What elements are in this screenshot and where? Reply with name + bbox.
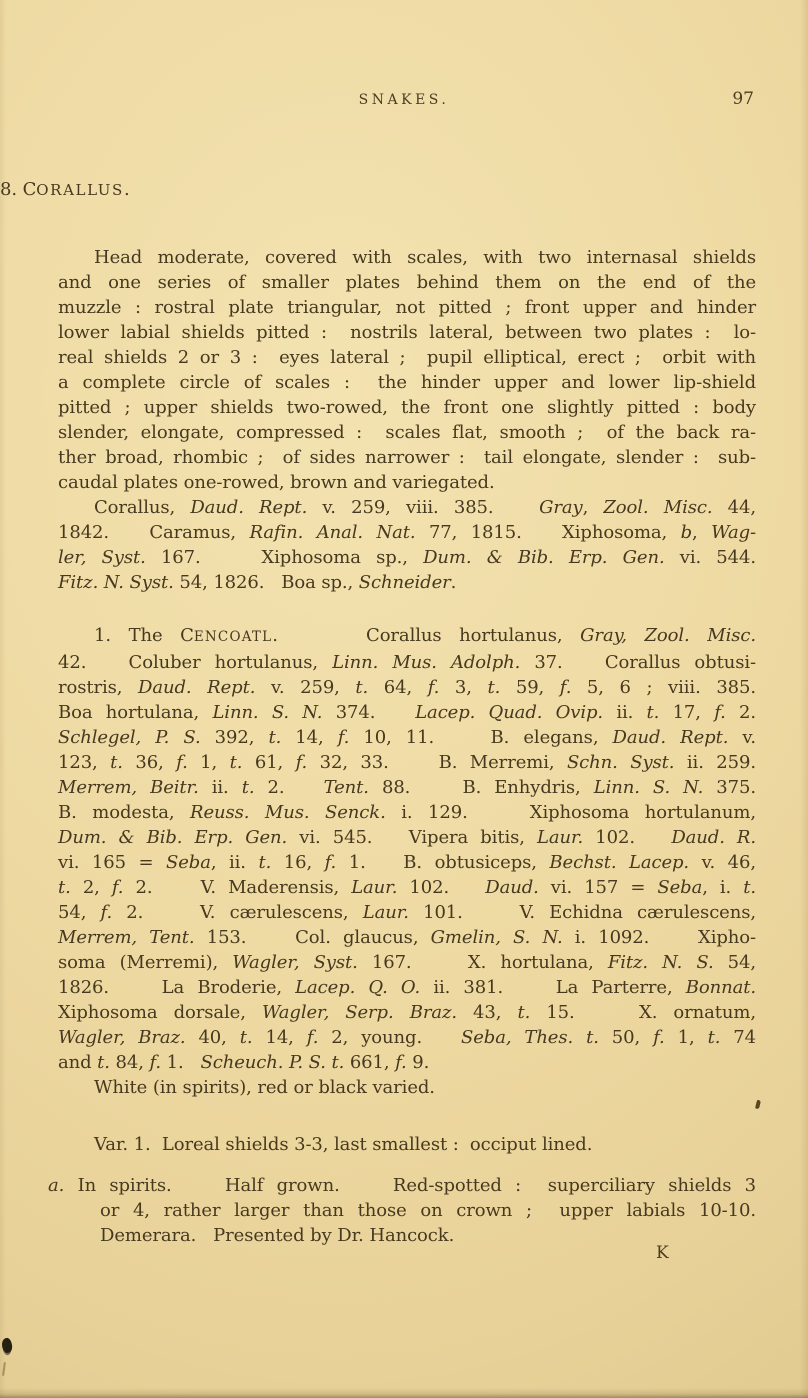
text-run: Corallus, <box>94 497 190 518</box>
text-line: Head moderate, covered with scales, with… <box>58 245 756 270</box>
text-line: 1842. Caramus, Rafin. Anal. Nat. 77, 181… <box>58 520 756 545</box>
paragraph-genus-synonymy: Corallus, Daud. Rept. v. 259, viii. 385.… <box>58 495 756 595</box>
text-run: v. <box>728 727 756 748</box>
text-run: rostris, <box>58 677 138 698</box>
text-run: caudal plates one-rowed, brown and varie… <box>58 472 495 493</box>
text-run: 15. X. ornatum, <box>530 1002 756 1023</box>
text-run: Xiphosoma dorsale, <box>58 1002 262 1023</box>
text-run: . <box>451 572 457 593</box>
text-run: 64, <box>368 677 428 698</box>
text-run: 1, <box>188 752 230 773</box>
italic-text-run: Laur. <box>537 827 583 848</box>
text-run: 1. <box>161 1052 200 1073</box>
text-line: slender, elongate, compressed : scales f… <box>58 420 756 445</box>
italic-text-run: Wagler, Syst. <box>232 952 358 973</box>
text-run: 375. <box>703 777 756 798</box>
text-line: real shields 2 or 3 : eyes lateral ; pup… <box>58 345 756 370</box>
text-run: 1826. La Broderie, <box>58 977 295 998</box>
italic-text-run: t. <box>258 852 271 873</box>
text-run: ii. <box>603 702 646 723</box>
text-run: 50, <box>599 1027 653 1048</box>
text-line: Dum. & Bib. Erp. Gen. vi. 545. Vipera bi… <box>58 825 756 850</box>
italic-text-run: Bechst. Lacep. <box>549 852 689 873</box>
italic-text-run: Bonnat. <box>686 977 756 998</box>
italic-text-run: Laur. <box>351 877 397 898</box>
italic-text-run: Seba <box>657 877 702 898</box>
text-line: a. In spirits. Half grown. Red-spotted :… <box>100 1173 756 1198</box>
text-run: 40, <box>185 1027 239 1048</box>
text-run: 59, <box>500 677 560 698</box>
italic-text-run: Daud. <box>485 877 539 898</box>
text-run: slender, elongate, compressed : scales f… <box>58 422 756 443</box>
italic-text-run: f. <box>653 1027 665 1048</box>
text-run: 16, <box>271 852 324 873</box>
text-line: ler, Syst. 167. Xiphosoma sp., Dum. & Bi… <box>58 545 756 570</box>
text-run: , <box>692 522 711 543</box>
text-run: real shields 2 or 3 : eyes lateral ; pup… <box>58 347 756 368</box>
text-run: 88. B. Enhydris, <box>369 777 594 798</box>
page-edge-shade-left <box>0 0 6 1398</box>
text-run: Head moderate, covered with scales, with… <box>94 247 756 268</box>
text-line: lower labial shields pitted : nostrils l… <box>58 320 756 345</box>
text-run: vi. 544. <box>665 547 756 568</box>
text-line: Boa hortulana, Linn. S. N. 374. Lacep. Q… <box>58 700 756 725</box>
italic-text-run: Daud. Rept. <box>190 497 307 518</box>
text-run: lower labial shields pitted : nostrils l… <box>58 322 756 343</box>
text-run: 101. V. Echidna cærulescens, <box>409 902 756 923</box>
text-run: 32, 33. B. Merremi, <box>307 752 567 773</box>
text-run: 14, <box>253 1027 307 1048</box>
italic-text-run: f. <box>428 677 440 698</box>
italic-text-run: Tent. <box>324 777 369 798</box>
text-run: . Corallus hortulanus, <box>272 625 580 646</box>
italic-text-run: f. <box>112 877 124 898</box>
text-line: muzzle : rostral plate triangular, not p… <box>58 295 756 320</box>
text-run: 9. <box>407 1052 430 1073</box>
text-run: 54, 1826. Boa sp., <box>174 572 359 593</box>
printers-signature: K <box>656 1243 669 1263</box>
italic-text-run: Linn. Mus. Adolph. <box>332 652 520 673</box>
text-line: a complete circle of scales : the hinder… <box>58 370 756 395</box>
italic-text-run: t. <box>58 877 71 898</box>
italic-text-run: Schlegel, P. S. <box>58 727 201 748</box>
text-run: pitted ; upper shields two-rowed, the fr… <box>58 397 756 418</box>
text-run: 167. X. hortulana, <box>358 952 608 973</box>
text-run: 102. <box>583 827 671 848</box>
italic-text-run: Linn. S. N. <box>212 702 322 723</box>
italic-text-run: f. <box>296 752 308 773</box>
italic-text-run: t. <box>517 1002 530 1023</box>
italic-text-run: t. <box>110 752 123 773</box>
text-run: Var. 1. Loreal shields 3-3, last smalles… <box>94 1134 592 1155</box>
text-run: 2. V. Maderensis, <box>123 877 351 898</box>
text-run: 661, <box>344 1052 395 1073</box>
italic-text-run: Seba <box>166 852 211 873</box>
text-line: 54, f. 2. V. cærulescens, Laur. 101. V. … <box>58 900 756 925</box>
text-run: 54, <box>58 902 101 923</box>
text-run: 2. V. cærulescens, <box>112 902 363 923</box>
italic-text-run: f. <box>150 1052 162 1073</box>
text-run: , i. <box>702 877 743 898</box>
text-run: 77, 1815. Xiphosoma, <box>416 522 681 543</box>
text-line: 1826. La Broderie, Lacep. Q. O. ii. 381.… <box>58 975 756 1000</box>
text-line: B. modesta, Reuss. Mus. Senck. i. 129. X… <box>58 800 756 825</box>
text-line: 1. The CENCOATL. Corallus hortulanus, Gr… <box>58 623 756 650</box>
italic-text-run: Laur. <box>363 902 409 923</box>
paragraph-variety-1: Var. 1. Loreal shields 3-3, last smalles… <box>58 1132 756 1157</box>
italic-text-run: f. <box>560 677 572 698</box>
text-run: or 4, rather larger than those on crown … <box>100 1200 756 1221</box>
text-run: 54, <box>714 952 756 973</box>
text-line: 42. Coluber hortulanus, Linn. Mus. Adolp… <box>58 650 756 675</box>
text-run: Demerara. Presented by Dr. Hancock. <box>100 1225 454 1246</box>
text-run: 123, <box>58 752 110 773</box>
text-line: White (in spirits), red or black varied. <box>58 1075 756 1100</box>
italic-text-run: t. <box>487 677 500 698</box>
text-run: a complete circle of scales : the hinder… <box>58 372 756 393</box>
text-run: 10, 11. B. elegans, <box>349 727 612 748</box>
text-run: 17, <box>659 702 714 723</box>
text-run: 2. <box>726 702 756 723</box>
text-line: Corallus, Daud. Rept. v. 259, viii. 385.… <box>58 495 756 520</box>
text-run: In spirits. Half grown. Red-spotted : su… <box>64 1175 756 1196</box>
italic-text-run: Gmelin, S. N. <box>431 927 563 948</box>
text-line: ther broad, rhombic ; of sides narrower … <box>58 445 756 470</box>
page-edge-shade-bottom <box>0 1388 808 1398</box>
text-run: 84, <box>110 1052 150 1073</box>
smallcaps-text-run: ENCOATL <box>194 629 272 645</box>
text-run: 36, <box>123 752 176 773</box>
text-run: i. 129. Xiphosoma hortulanum, <box>386 802 756 823</box>
text-run: 2, <box>71 877 112 898</box>
text-run: 5, 6 ; viii. 385. <box>571 677 756 698</box>
text-line: and one series of smaller plates behind … <box>58 270 756 295</box>
italic-text-run: Gray, Zool. Misc. <box>580 625 756 646</box>
text-run: ther broad, rhombic ; of sides narrower … <box>58 447 756 468</box>
text-run: 3, <box>439 677 487 698</box>
paragraph-genus-description: Head moderate, covered with scales, with… <box>58 245 756 495</box>
italic-text-run: Merrem, Tent. <box>58 927 195 948</box>
italic-text-run: Linn. S. N. <box>594 777 704 798</box>
italic-text-run: ler, Syst. <box>58 547 146 568</box>
text-run: vi. 157 = <box>539 877 658 898</box>
text-run: Boa hortulana, <box>58 702 212 723</box>
italic-text-run: a. <box>48 1175 64 1196</box>
text-run: i. 1092. Xipho- <box>563 927 756 948</box>
italic-text-run: Scheuch. P. S. t. <box>201 1052 345 1073</box>
italic-text-run: f. <box>101 902 113 923</box>
italic-text-run: Wagler, Serp. Braz. <box>262 1002 457 1023</box>
italic-text-run: Daud. R. <box>671 827 756 848</box>
text-run: 14, <box>281 727 338 748</box>
italic-text-run: t. <box>743 877 756 898</box>
text-run: 1. B. obtusiceps, <box>336 852 549 873</box>
text-line: caudal plates one-rowed, brown and varie… <box>58 470 756 495</box>
text-run: 43, <box>457 1002 518 1023</box>
text-line: or 4, rather larger than those on crown … <box>100 1198 756 1223</box>
italic-text-run: t. <box>240 1027 253 1048</box>
text-line: rostris, Daud. Rept. v. 259, t. 64, f. 3… <box>58 675 756 700</box>
scanned-book-page: SNAKES. 97 8. CORALLUS. Head moderate, c… <box>0 0 808 1398</box>
text-run: White (in spirits), red or black varied. <box>94 1077 435 1098</box>
text-line: 123, t. 36, f. 1, t. 61, f. 32, 33. B. M… <box>58 750 756 775</box>
text-run: 2. <box>254 777 323 798</box>
paragraph-species-cencoatl: 1. The CENCOATL. Corallus hortulanus, Gr… <box>58 623 756 1100</box>
page-edge-shade-right <box>800 0 808 1398</box>
italic-text-run: Lacep. Q. O. <box>295 977 420 998</box>
italic-text-run: Fitz. N. S. <box>608 952 714 973</box>
italic-text-run: Wagler, Braz. <box>58 1027 185 1048</box>
italic-text-run: Schn. Syst. <box>567 752 674 773</box>
text-run: 1842. Caramus, <box>58 522 249 543</box>
italic-text-run: Rafin. Anal. Nat. <box>249 522 415 543</box>
text-run: 61, <box>242 752 295 773</box>
italic-text-run: Fitz. N. Syst. <box>58 572 174 593</box>
text-run: 153. Col. glaucus, <box>195 927 431 948</box>
text-line: vi. 165 = Seba, ii. t. 16, f. 1. B. obtu… <box>58 850 756 875</box>
text-run: ii. 381. La Parterre, <box>420 977 686 998</box>
italic-text-run: f. <box>176 752 188 773</box>
italic-text-run: t. <box>708 1027 721 1048</box>
text-run: vi. 545. Vipera bitis, <box>287 827 537 848</box>
italic-text-run: Dum. & Bib. Erp. Gen. <box>423 547 664 568</box>
italic-text-run: t. <box>647 702 660 723</box>
text-run: vi. 165 = <box>58 852 166 873</box>
italic-text-run: Merrem, Beitr. <box>58 777 199 798</box>
italic-text-run: Gray <box>539 497 582 518</box>
text-line: Merrem, Beitr. ii. t. 2. Tent. 88. B. En… <box>58 775 756 800</box>
text-line: t. 2, f. 2. V. Maderensis, Laur. 102. Da… <box>58 875 756 900</box>
text-line: Fitz. N. Syst. 54, 1826. Boa sp., Schnei… <box>58 570 756 595</box>
italic-text-run: Seba, Thes. t. <box>461 1027 599 1048</box>
text-run: 44, <box>712 497 756 518</box>
italic-text-run: Zool. Misc. <box>603 497 712 518</box>
text-run: and one series of smaller plates behind … <box>58 272 756 293</box>
text-run: 2, young. <box>318 1027 461 1048</box>
italic-text-run: f. <box>395 1052 407 1073</box>
text-line: Schlegel, P. S. 392, t. 14, f. 10, 11. B… <box>58 725 756 750</box>
text-run: 42. Coluber hortulanus, <box>58 652 332 673</box>
italic-text-run: t. <box>97 1052 110 1073</box>
italic-text-run: Wag- <box>711 522 756 543</box>
text-line: and t. 84, f. 1. Scheuch. P. S. t. 661, … <box>58 1050 756 1075</box>
text-run: 74 <box>720 1027 756 1048</box>
text-column: Head moderate, covered with scales, with… <box>58 0 756 1248</box>
italic-text-run: Daud. Rept. <box>613 727 729 748</box>
text-run: 167. Xiphosoma sp., <box>146 547 423 568</box>
italic-text-run: f. <box>325 852 337 873</box>
paragraph-specimen-a: a. In spirits. Half grown. Red-spotted :… <box>100 1173 756 1248</box>
text-run: 37. Corallus obtusi- <box>520 652 756 673</box>
text-run: ii. 259. <box>674 752 756 773</box>
text-run: v. 46, <box>689 852 756 873</box>
italic-text-run: Daud. Rept. <box>138 677 255 698</box>
italic-text-run: Dum. & Bib. Erp. Gen. <box>58 827 287 848</box>
text-run: muzzle : rostral plate triangular, not p… <box>58 297 756 318</box>
text-run: 102. <box>397 877 485 898</box>
italic-text-run: f. <box>338 727 350 748</box>
italic-text-run: Schneider <box>359 572 451 593</box>
italic-text-run: Lacep. Quad. Ovip. <box>415 702 603 723</box>
text-run: v. 259, <box>255 677 355 698</box>
italic-text-run: Reuss. Mus. Senck. <box>190 802 386 823</box>
text-line: Xiphosoma dorsale, Wagler, Serp. Braz. 4… <box>58 1000 756 1025</box>
text-run: ii. <box>199 777 242 798</box>
text-run: 1. The C <box>94 625 194 646</box>
text-run: 392, <box>201 727 269 748</box>
italic-text-run: t. <box>355 677 368 698</box>
italic-text-run: t. <box>268 727 281 748</box>
italic-text-run: b <box>681 522 692 543</box>
text-run: , ii. <box>211 852 259 873</box>
text-run: and <box>58 1052 97 1073</box>
text-run: soma (Merremi), <box>58 952 232 973</box>
italic-text-run: t. <box>242 777 255 798</box>
text-run: , <box>583 497 604 518</box>
italic-text-run: f. <box>307 1027 319 1048</box>
text-run: 374. <box>322 702 415 723</box>
text-line: Merrem, Tent. 153. Col. glaucus, Gmelin,… <box>58 925 756 950</box>
ink-speck-artifact <box>755 1100 761 1110</box>
text-line: soma (Merremi), Wagler, Syst. 167. X. ho… <box>58 950 756 975</box>
text-line: pitted ; upper shields two-rowed, the fr… <box>58 395 756 420</box>
text-run: 1, <box>665 1027 708 1048</box>
text-line: Var. 1. Loreal shields 3-3, last smalles… <box>58 1132 756 1157</box>
text-line: Wagler, Braz. 40, t. 14, f. 2, young. Se… <box>58 1025 756 1050</box>
text-run: v. 259, viii. 385. <box>307 497 539 518</box>
italic-text-run: f. <box>714 702 726 723</box>
italic-text-run: t. <box>230 752 243 773</box>
text-run: B. modesta, <box>58 802 190 823</box>
